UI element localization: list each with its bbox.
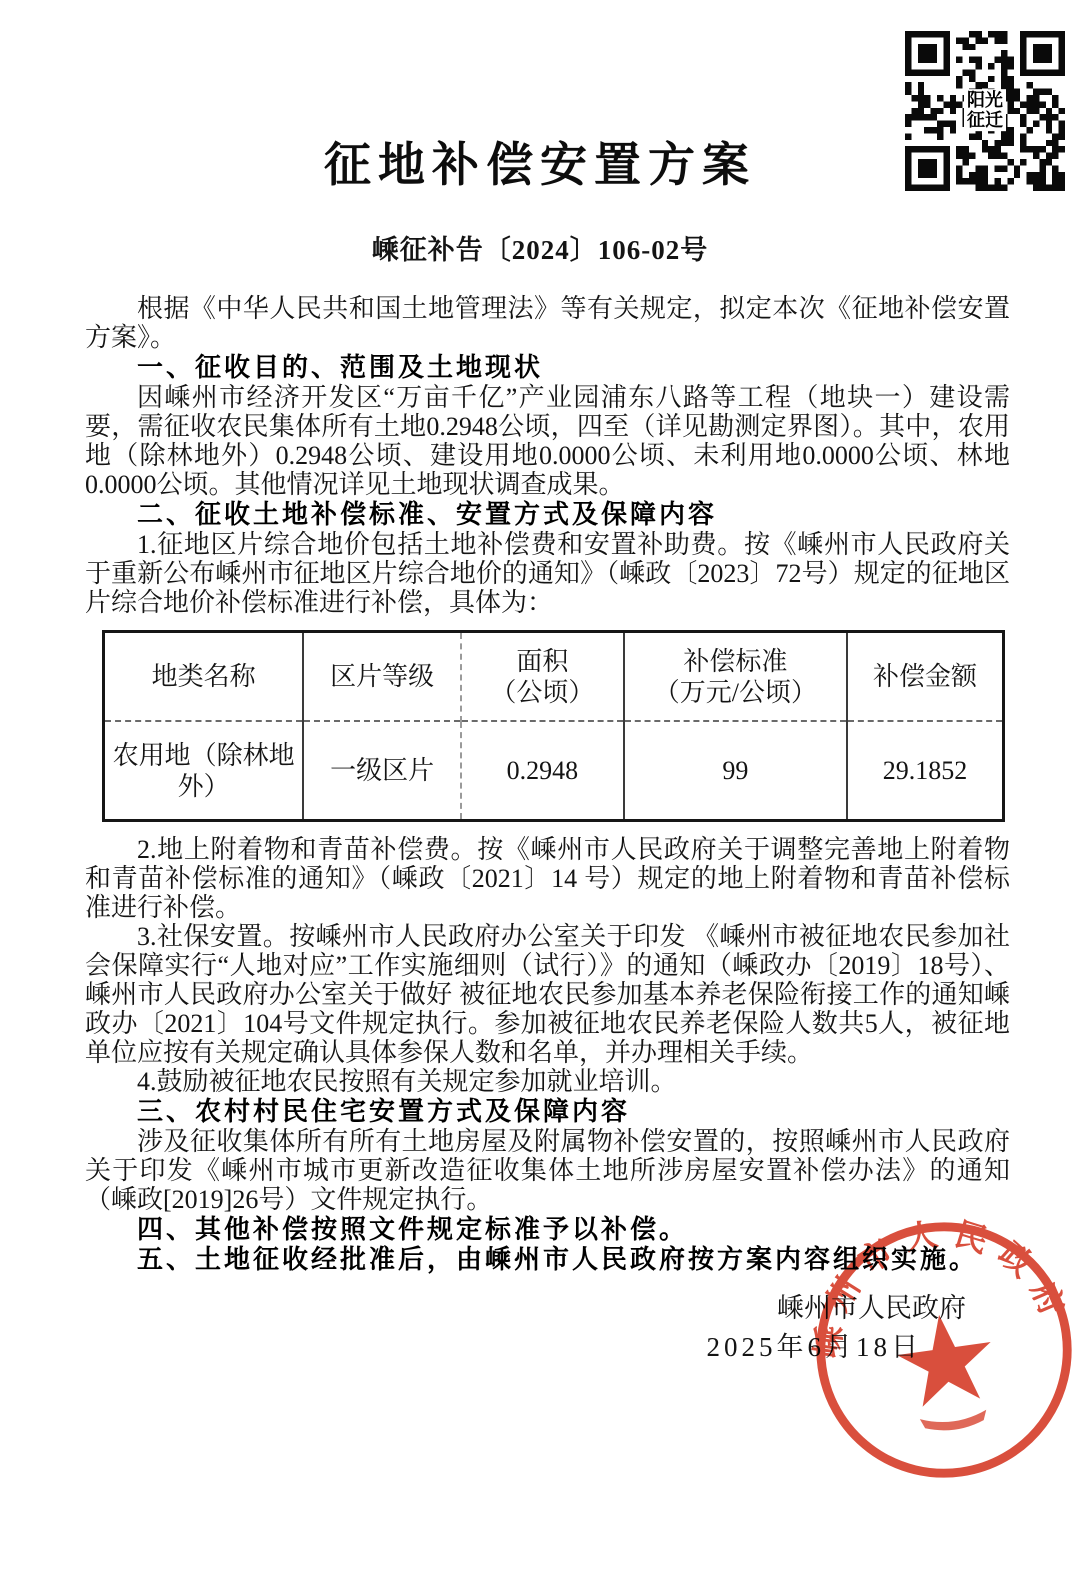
signature-organization: 嵊州市人民政府 [85,1289,966,1328]
header-land-type: 地类名称 [104,632,304,722]
qr-code: 阳光 征迁 [905,30,1065,192]
section-1-paragraph: 因嵊州市经济开发区“万亩千亿”产业园浦东八路等工程（地块一）建设需要，需征收农民… [85,383,1010,499]
cell-zone-grade: 一级区片 [303,721,461,821]
section-3-heading: 三、农村村民住宅安置方式及保障内容 [85,1097,1010,1126]
document-body: 根据《中华人民共和国土地管理法》等有关规定，拟定本次《征地补偿安置方案》。 一、… [85,294,1010,1367]
doc-number: 嵊征补告〔2024〕106-02号 [0,228,1080,267]
header-area: 面积 （公顷） [461,632,624,722]
section-2-paragraph-3: 3.社保安置。按嵊州市人民政府办公室关于印发 《嵊州市被征地农民参加社会保障实行… [85,922,1010,1067]
signature-block: 嵊州市人民政府 2025年6月18日 [85,1289,1010,1367]
cell-land-type: 农用地（除林地外） [104,721,304,821]
section-4-heading: 四、其他补偿按照文件规定标准予以补偿。 [85,1215,1010,1244]
section-3-paragraph: 涉及征收集体所有所有土地房屋及附属物补偿安置的，按照嵊州市人民政府关于印发《嵊州… [85,1127,1010,1214]
document-page: 阳光 征迁 征地补偿安置方案 嵊征补告〔2024〕106-02号 根据《中华人民… [0,0,1080,1583]
section-2-paragraph-2: 2.地上附着物和青苗补偿费。按《嵊州市人民政府关于调整完善地上附着物和青苗补偿标… [85,835,1010,922]
cell-amount: 29.1852 [847,721,1003,821]
seal-emblem-base [920,1410,989,1434]
cell-standard: 99 [624,721,847,821]
section-5-heading: 五、土地征收经批准后，由嵊州市人民政府按方案内容组织实施。 [85,1245,1010,1274]
signature-date: 2025年6月18日 [85,1328,922,1367]
section-2-paragraph-1: 1.征地区片综合地价包括土地补偿费和安置补助费。按《嵊州市人民政府关于重新公布嵊… [85,530,1010,617]
section-2-heading: 二、征收土地补偿标准、安置方式及保障内容 [85,500,1010,529]
header-amount: 补偿金额 [847,632,1003,722]
intro-paragraph: 根据《中华人民共和国土地管理法》等有关规定，拟定本次《征地补偿安置方案》。 [85,294,1010,352]
section-1-heading: 一、征收目的、范围及土地现状 [85,353,1010,382]
qr-center-label: 阳光 征迁 [964,89,1006,131]
table-row: 农用地（除林地外） 一级区片 0.2948 99 29.1852 [104,721,1004,821]
compensation-table: 地类名称 区片等级 面积 （公顷） 补偿标准 （万元/公顷） 补偿金额 农用地（… [102,630,1005,822]
header-zone-grade: 区片等级 [303,632,461,722]
cell-area: 0.2948 [461,721,624,821]
table-header-row: 地类名称 区片等级 面积 （公顷） 补偿标准 （万元/公顷） 补偿金额 [104,632,1004,722]
header-standard: 补偿标准 （万元/公顷） [624,632,847,722]
section-2-paragraph-4: 4.鼓励被征地农民按照有关规定参加就业培训。 [85,1067,1010,1096]
